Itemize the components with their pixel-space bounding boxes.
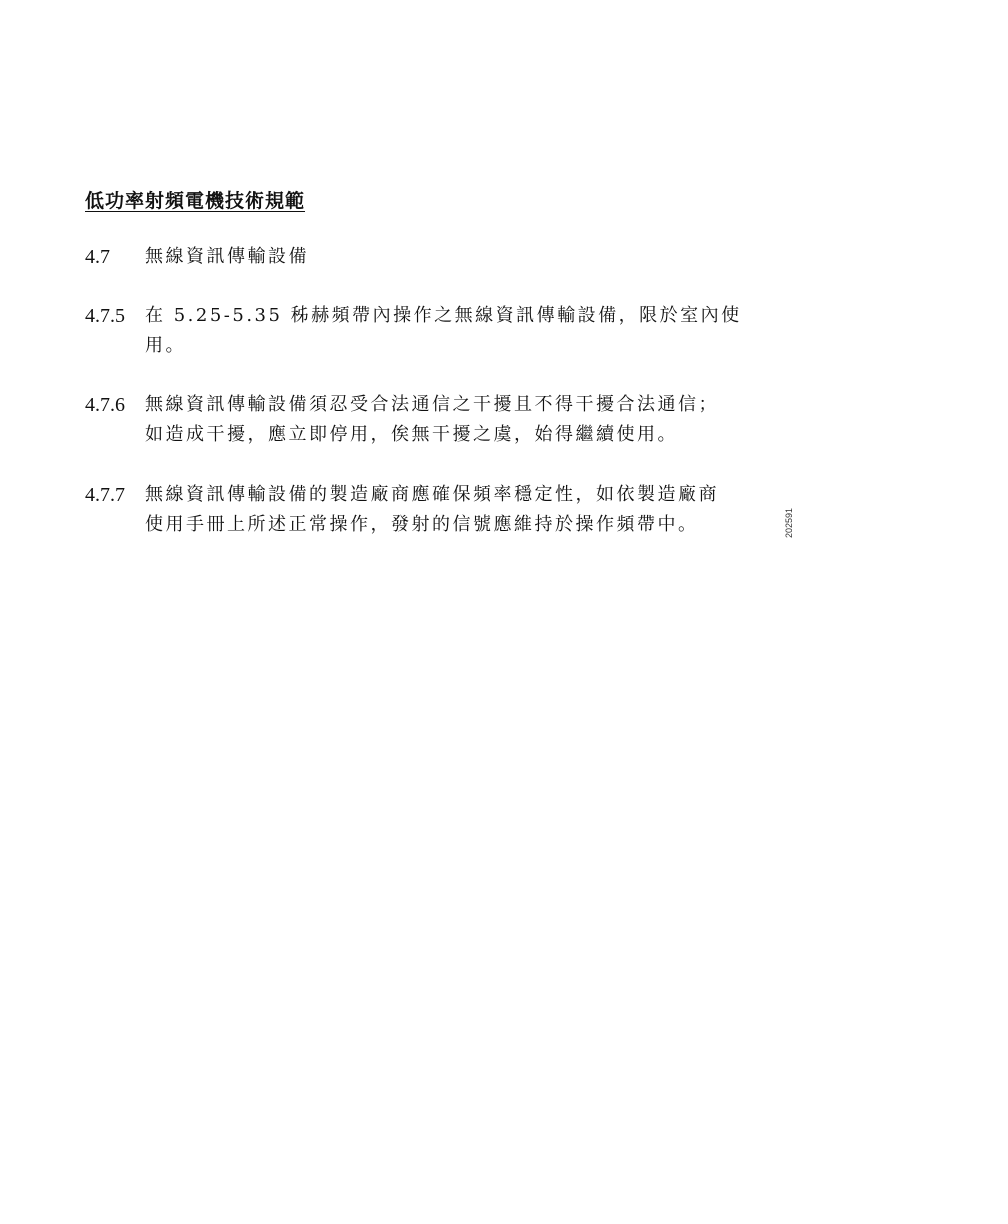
section-text-line: 如造成干擾，應立即停用，俟無干擾之虞，始得繼續使用。: [145, 420, 785, 450]
section-number: 4.7.7: [85, 480, 145, 510]
section-number: 4.7.5: [85, 301, 145, 331]
section-text-line: 在 5.25-5.35 秭赫頻帶內操作之無線資訊傳輸設備，限於室內使: [145, 301, 785, 331]
section-number: 4.7.6: [85, 390, 145, 420]
document-title: 低功率射頻電機技術規範: [85, 186, 305, 213]
section-text-line: 無線資訊傳輸設備: [145, 242, 785, 272]
section-text-line: 無線資訊傳輸設備的製造廠商應確保頻率穩定性，如依製造廠商: [145, 480, 785, 510]
section-number: 4.7: [85, 242, 145, 272]
section-text-line: 使用手冊上所述正常操作，發射的信號應維持於操作頻帶中。: [145, 510, 785, 540]
figure-id-label: 202591: [784, 508, 794, 538]
section-text-line: 用。: [145, 331, 785, 361]
section-text-line: 無線資訊傳輸設備須忍受合法通信之干擾且不得干擾合法通信；: [145, 390, 785, 420]
